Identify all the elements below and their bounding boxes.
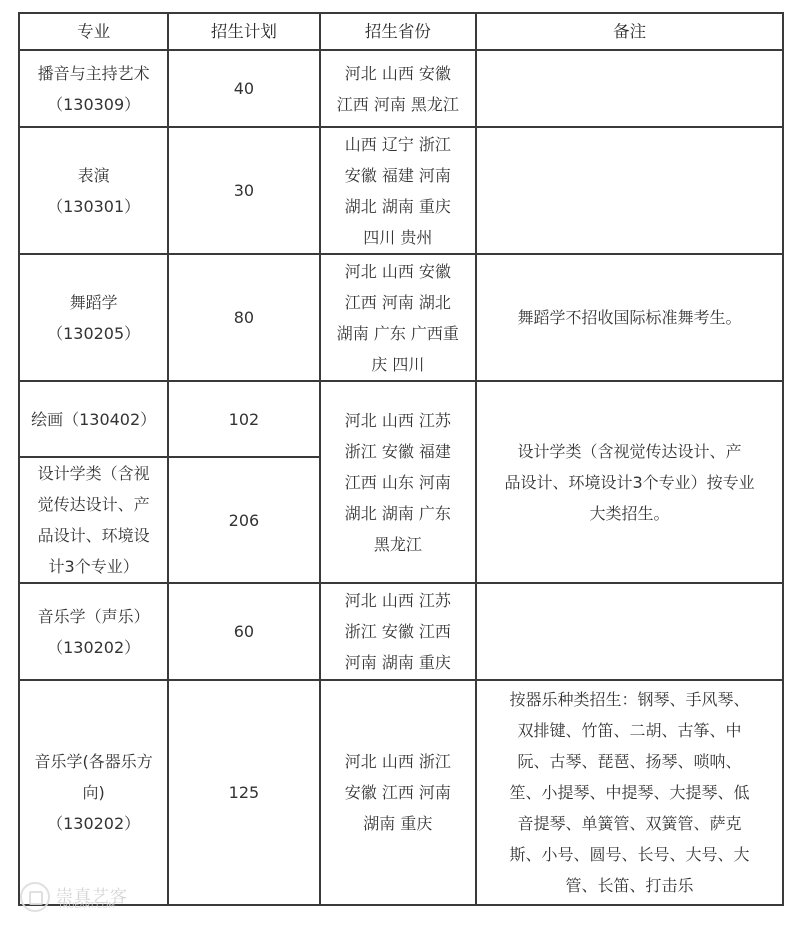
major-cell: 音乐学(各器乐方 向) （130202） [19,680,168,905]
notes-cell: 设计学类（含视觉传达设计、产 品设计、环境设计3个专业）按专业 大类招生。 [476,381,783,583]
plan-cell: 102 [168,381,319,457]
notes-cell: 按器乐种类招生：钢琴、手风琴、 双排键、竹笛、二胡、古筝、中 阮、古琴、琵琶、扬… [476,680,783,905]
provinces-line: 湖南 广东 广西重 [325,318,472,349]
major-name: 表演 [24,160,163,191]
note-line: 按器乐种类招生：钢琴、手风琴、 [481,684,778,715]
provinces-line: 江西 河南 湖北 [325,287,472,318]
provinces-line: 安徽 江西 河南 [325,777,472,808]
major-name: 向) [24,777,163,808]
provinces-line: 浙江 安徽 福建 [325,436,472,467]
plan-cell: 40 [168,50,319,127]
provinces-line: 江西 河南 黑龙江 [325,89,472,120]
plan-cell: 80 [168,254,319,381]
table-row: 播音与主持艺术 （130309） 40 河北 山西 安徽 江西 河南 黑龙江 [19,50,783,127]
header-provinces: 招生省份 [320,13,477,50]
major-name: 计3个专业） [24,551,163,582]
note-line: 品设计、环境设计3个专业）按专业 [481,467,778,498]
provinces-line: 黑龙江 [325,529,472,560]
provinces-line: 庆 四川 [325,349,472,380]
provinces-line: 安徽 福建 河南 [325,160,472,191]
header-plan: 招生计划 [168,13,319,50]
provinces-cell: 河北 山西 浙江 安徽 江西 河南 湖南 重庆 [320,680,477,905]
major-name: 音乐学(各器乐方 [24,746,163,777]
major-name: 品设计、环境设 [24,520,163,551]
major-name: 播音与主持艺术 [24,58,163,89]
major-cell: 音乐学（声乐） （130202） [19,583,168,680]
note-line: 双排键、竹笛、二胡、古筝、中 [481,715,778,746]
notes-cell: 舞蹈学不招收国际标准舞考生。 [476,254,783,381]
major-name: 觉传达设计、产 [24,489,163,520]
table-row: 音乐学(各器乐方 向) （130202） 125 河北 山西 浙江 安徽 江西 … [19,680,783,905]
header-major: 专业 [19,13,168,50]
major-code: （130309） [24,89,163,120]
note-line: 管、长笛、打击乐 [481,870,778,901]
major-cell: 绘画（130402） [19,381,168,457]
major-cell: 播音与主持艺术 （130309） [19,50,168,127]
major-cell: 表演 （130301） [19,127,168,254]
major-code: （130301） [24,191,163,222]
note-line: 设计学类（含视觉传达设计、产 [481,436,778,467]
major-code: （130205） [24,318,163,349]
provinces-line: 湖北 湖南 广东 [325,498,472,529]
provinces-cell: 河北 山西 江苏 浙江 安徽 福建 江西 山东 河南 湖北 湖南 广东 黑龙江 [320,381,477,583]
provinces-cell: 河北 山西 江苏 浙江 安徽 江西 河南 湖南 重庆 [320,583,477,680]
notes-cell [476,127,783,254]
note-line: 大类招生。 [481,498,778,529]
major-name: 绘画（130402） [24,404,163,435]
provinces-cell: 山西 辽宁 浙江 安徽 福建 河南 湖北 湖南 重庆 四川 贵州 [320,127,477,254]
provinces-line: 湖北 湖南 重庆 [325,191,472,222]
notes-cell [476,50,783,127]
provinces-line: 四川 贵州 [325,222,472,253]
provinces-line: 河北 山西 安徽 [325,256,472,287]
major-cell: 舞蹈学 （130205） [19,254,168,381]
major-name: 设计学类（含视 [24,458,163,489]
table-row: 音乐学（声乐） （130202） 60 河北 山西 江苏 浙江 安徽 江西 河南… [19,583,783,680]
plan-cell: 125 [168,680,319,905]
note-line: 音提琴、单簧管、双簧管、萨克 [481,808,778,839]
table-row: 舞蹈学 （130205） 80 河北 山西 安徽 江西 河南 湖北 湖南 广东 … [19,254,783,381]
note-line: 笙、小提琴、中提琴、大提琴、低 [481,777,778,808]
provinces-line: 湖南 重庆 [325,808,472,839]
provinces-line: 山西 辽宁 浙江 [325,129,472,160]
note-line: 舞蹈学不招收国际标准舞考生。 [481,302,778,333]
provinces-cell: 河北 山西 安徽 江西 河南 黑龙江 [320,50,477,127]
table-header-row: 专业 招生计划 招生省份 备注 [19,13,783,50]
provinces-line: 河南 湖南 重庆 [325,647,472,678]
admissions-table: 专业 招生计划 招生省份 备注 播音与主持艺术 （130309） 40 河北 山… [18,12,784,906]
provinces-line: 浙江 安徽 江西 [325,616,472,647]
provinces-line: 江西 山东 河南 [325,467,472,498]
header-notes: 备注 [476,13,783,50]
notes-cell [476,583,783,680]
note-line: 阮、古琴、琵琶、扬琴、唢呐、 [481,746,778,777]
plan-cell: 30 [168,127,319,254]
provinces-line: 河北 山西 江苏 [325,405,472,436]
major-code: （130202） [24,808,163,839]
provinces-line: 河北 山西 安徽 [325,58,472,89]
plan-cell: 60 [168,583,319,680]
major-code: （130202） [24,632,163,663]
table-row: 表演 （130301） 30 山西 辽宁 浙江 安徽 福建 河南 湖北 湖南 重… [19,127,783,254]
major-name: 舞蹈学 [24,287,163,318]
major-cell: 设计学类（含视 觉传达设计、产 品设计、环境设 计3个专业） [19,457,168,583]
major-name: 音乐学（声乐） [24,601,163,632]
plan-cell: 206 [168,457,319,583]
provinces-line: 河北 山西 浙江 [325,746,472,777]
provinces-cell: 河北 山西 安徽 江西 河南 湖北 湖南 广东 广西重 庆 四川 [320,254,477,381]
note-line: 斯、小号、圆号、长号、大号、大 [481,839,778,870]
provinces-line: 河北 山西 江苏 [325,585,472,616]
table-row: 绘画（130402） 102 河北 山西 江苏 浙江 安徽 福建 江西 山东 河… [19,381,783,457]
